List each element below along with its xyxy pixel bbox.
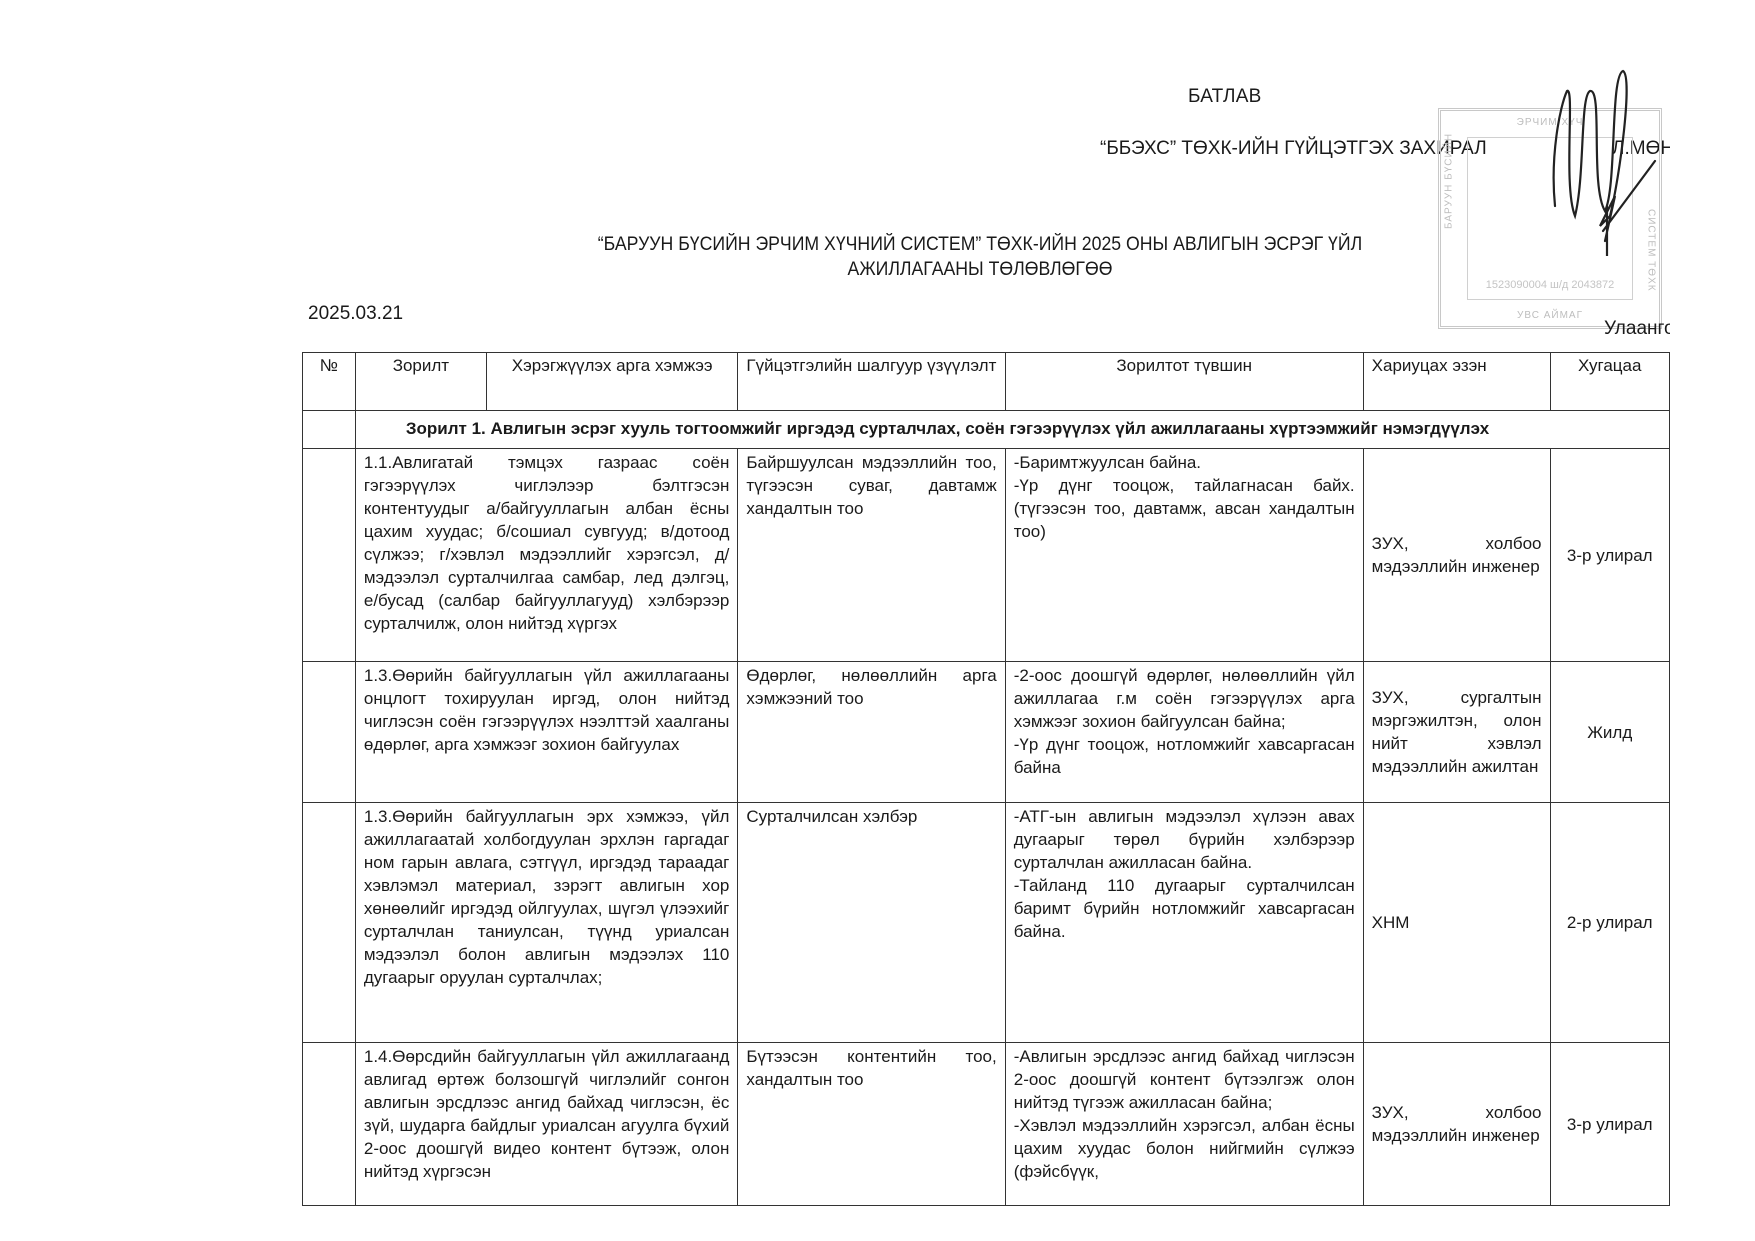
document-city: Улаангом xyxy=(1604,318,1670,340)
row-criteria: Өдөрлөг, нөлөөллийн арга хэмжээний тоо xyxy=(738,662,1005,803)
row-target: -2-оос доошгүй өдөрлөг, нөлөөллийн үйл а… xyxy=(1005,662,1363,803)
table-row: 1.1.Авлигатай тэмцэх газраас соён гэгээр… xyxy=(303,449,1670,662)
header-no: № xyxy=(303,353,356,411)
row-criteria: Байршуулсан мэдээллийн тоо, түгээсэн сув… xyxy=(738,449,1005,662)
row-responsible: ЗУХ, холбоо мэдээллийн инженер xyxy=(1363,449,1550,662)
stamp-left-text: БАРУУН БҮСИЙН xyxy=(1444,209,1455,229)
row-target: -Баримтжуулсан байна. -Үр дүнг тооцож, т… xyxy=(1005,449,1363,662)
action-plan-table: № Зорилт Хэрэгжүүлэх арга хэмжээ Гүйцэтг… xyxy=(302,352,1670,1206)
row-deadline: Жилд xyxy=(1550,662,1669,803)
document-page: БАТЛАВ “ББЭХС” ТӨХК-ИЙН ГҮЙЦЭТГЭХ ЗАХИРА… xyxy=(0,0,1670,1241)
goal-row-no xyxy=(303,411,356,449)
row-responsible: ХНМ xyxy=(1363,803,1550,1043)
row-deadline: 3-р улирал xyxy=(1550,449,1669,662)
table-header-row: № Зорилт Хэрэгжүүлэх арга хэмжээ Гүйцэтг… xyxy=(303,353,1670,411)
table-row: 1.3.Өөрийн байгууллагын эрх хэмжээ, үйл … xyxy=(303,803,1670,1043)
header-target: Зорилтот түвшин xyxy=(1005,353,1363,411)
goal-1-title: Зорилт 1. Авлигын эсрэг хууль тогтоомжий… xyxy=(355,411,1669,449)
stamp-registration: 1523090004 ш/д 2043872 xyxy=(1468,279,1632,291)
row-action: 1.3.Өөрийн байгууллагын эрх хэмжээ, үйл … xyxy=(355,803,738,1043)
row-criteria: Сурталчилсан хэлбэр xyxy=(738,803,1005,1043)
approval-label: БАТЛАВ xyxy=(1188,86,1261,108)
row-deadline: 3-р улирал xyxy=(1550,1043,1669,1206)
header-action: Хэрэгжүүлэх арга хэмжээ xyxy=(486,353,737,411)
director-position: “ББЭХС” ТӨХК-ИЙН ГҮЙЦЭТГЭХ ЗАХИРАЛ xyxy=(1100,138,1487,160)
header-criteria: Гүйцэтгэлийн шалгуур үзүүлэлт xyxy=(738,353,1005,411)
signature-icon xyxy=(1545,66,1665,256)
row-action: 1.4.Өөрсдийн байгууллагын үйл ажиллагаан… xyxy=(355,1043,738,1206)
header-responsible: Хариуцах эзэн xyxy=(1363,353,1550,411)
row-criteria: Бүтээсэн контентийн тоо, хандалтын тоо xyxy=(738,1043,1005,1206)
row-responsible: ЗУХ, сургалтын мэргэжилтэн, олон нийт хэ… xyxy=(1363,662,1550,803)
row-no xyxy=(303,662,356,803)
table-row: 1.3.Өөрийн байгууллагын үйл ажиллагааны … xyxy=(303,662,1670,803)
row-responsible: ЗУХ, холбоо мэдээллийн инженер xyxy=(1363,1043,1550,1206)
title-line-1: “БАРУУН БҮСИЙН ЭРЧИМ ХҮЧНИЙ СИСТЕМ” ТӨХК… xyxy=(469,232,1492,257)
row-action: 1.3.Өөрийн байгууллагын үйл ажиллагааны … xyxy=(355,662,738,803)
row-no xyxy=(303,803,356,1043)
header-goal: Зорилт xyxy=(355,353,486,411)
document-title: “БАРУУН БҮСИЙН ЭРЧИМ ХҮЧНИЙ СИСТЕМ” ТӨХК… xyxy=(469,232,1492,282)
row-target: -АТГ-ын авлигын мэдээлэл хүлээн авах дуг… xyxy=(1005,803,1363,1043)
row-deadline: 2-р улирал xyxy=(1550,803,1669,1043)
row-no xyxy=(303,1043,356,1206)
document-date: 2025.03.21 xyxy=(308,303,403,325)
row-action: 1.1.Авлигатай тэмцэх газраас соён гэгээр… xyxy=(355,449,738,662)
header-deadline: Хугацаа xyxy=(1550,353,1669,411)
row-target: -Авлигын эрсдлээс ангид байхад чиглэсэн … xyxy=(1005,1043,1363,1206)
row-no xyxy=(303,449,356,662)
goal-section-row: Зорилт 1. Авлигын эсрэг хууль тогтоомжий… xyxy=(303,411,1670,449)
table-row: 1.4.Өөрсдийн байгууллагын үйл ажиллагаан… xyxy=(303,1043,1670,1206)
title-line-2: АЖИЛЛАГААНЫ ТӨЛӨВЛӨГӨӨ xyxy=(469,257,1492,282)
